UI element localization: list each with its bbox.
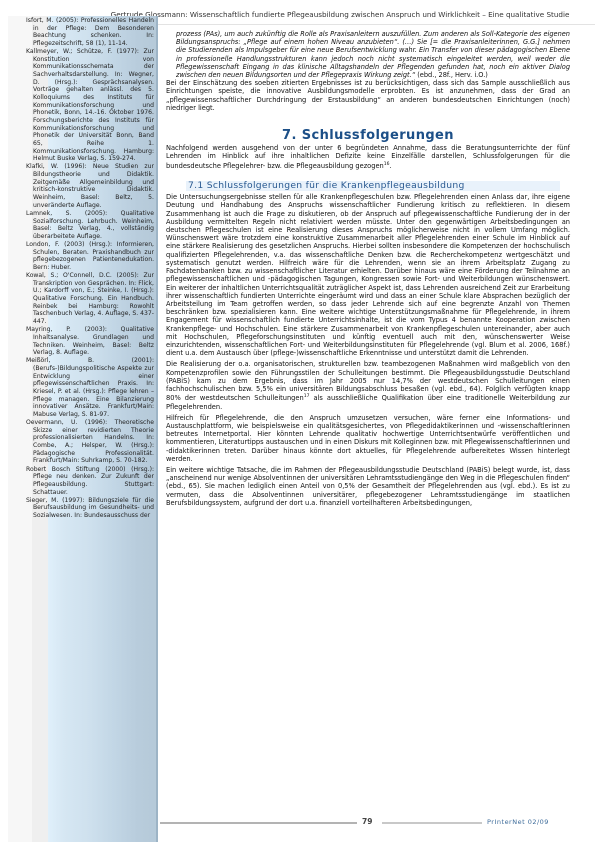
quote-source: (ebd., 28f., Herv. i.O.)	[417, 71, 488, 79]
reference-item: Sieger, M. (1997): Bildungsziele für die…	[26, 497, 154, 520]
reference-list: Isfort, M. (2005): Professionelles Hande…	[26, 17, 154, 520]
paragraph: Ein weitere wichtige Tatsache, die im Ra…	[166, 466, 570, 507]
section-intro: Nachfolgend werden ausgehend von der unt…	[166, 144, 570, 170]
reference-item: Kallmeyer, W.; Schütze, F. (1977): Zur K…	[26, 48, 154, 163]
section-intro-text: Nachfolgend werden ausgehend von der unt…	[166, 144, 570, 170]
paragraph: Die Realisierung der o.a. organisatorisc…	[166, 360, 570, 410]
reference-item: Klafki, W. (1996): Neue Studien zur Bild…	[26, 163, 154, 209]
quote-text: prozess (PAs), um auch zukünftig die Rol…	[176, 30, 570, 79]
reference-item: Isfort, M. (2005): Professionelles Hande…	[26, 17, 154, 48]
paragraph: Hilfreich für Pflegelehrende, die den An…	[166, 414, 570, 463]
reference-item: Lamnek, S. (2005): Qualitative Sozialfor…	[26, 210, 154, 241]
page-footer: 79 PrInterNet 02/09	[160, 818, 595, 828]
running-title: Gertrude Glossmann: Wissenschaftlich fun…	[111, 10, 570, 19]
reference-item: Oevermann, U. (1996): Theoretische Skizz…	[26, 419, 154, 465]
section-heading: 7. Schlussfolgerungen	[166, 132, 570, 140]
block-quote: prozess (PAs), um auch zukünftig die Rol…	[166, 30, 570, 79]
paragraph: Die Untersuchungsergebnisse stellen für …	[166, 193, 570, 357]
subsection-heading: 7.1 Schlussfolgerungen für die Krankenpf…	[186, 181, 560, 191]
footer-rule	[160, 822, 357, 824]
reference-item: Mayring, P. (2003): Qualitative Inhaltsa…	[26, 326, 154, 357]
paragraph-intro: Bei der Einschätzung des soeben zitierte…	[166, 79, 570, 112]
running-header: Gertrude Glossmann: Wissenschaftlich fun…	[85, 10, 595, 25]
reference-item: Robert Bosch Stiftung (2000) (Hrsg.): Pf…	[26, 466, 154, 497]
reference-item: London, F. (2003) (Hrsg.): Informieren, …	[26, 241, 154, 272]
reference-item: Kowal, S.; O'Connell, D.C. (2005): Zur T…	[26, 272, 154, 326]
footnote-marker: 16	[384, 162, 390, 167]
main-column: prozess (PAs), um auch zukünftig die Rol…	[166, 30, 570, 510]
journal-name: PrInterNet 02/09	[487, 818, 549, 826]
reference-item: Meißörl, B. (2001): (Berufs-)Bildungspol…	[26, 357, 154, 418]
page-number: 79	[362, 817, 372, 826]
footer-rule	[382, 822, 482, 824]
